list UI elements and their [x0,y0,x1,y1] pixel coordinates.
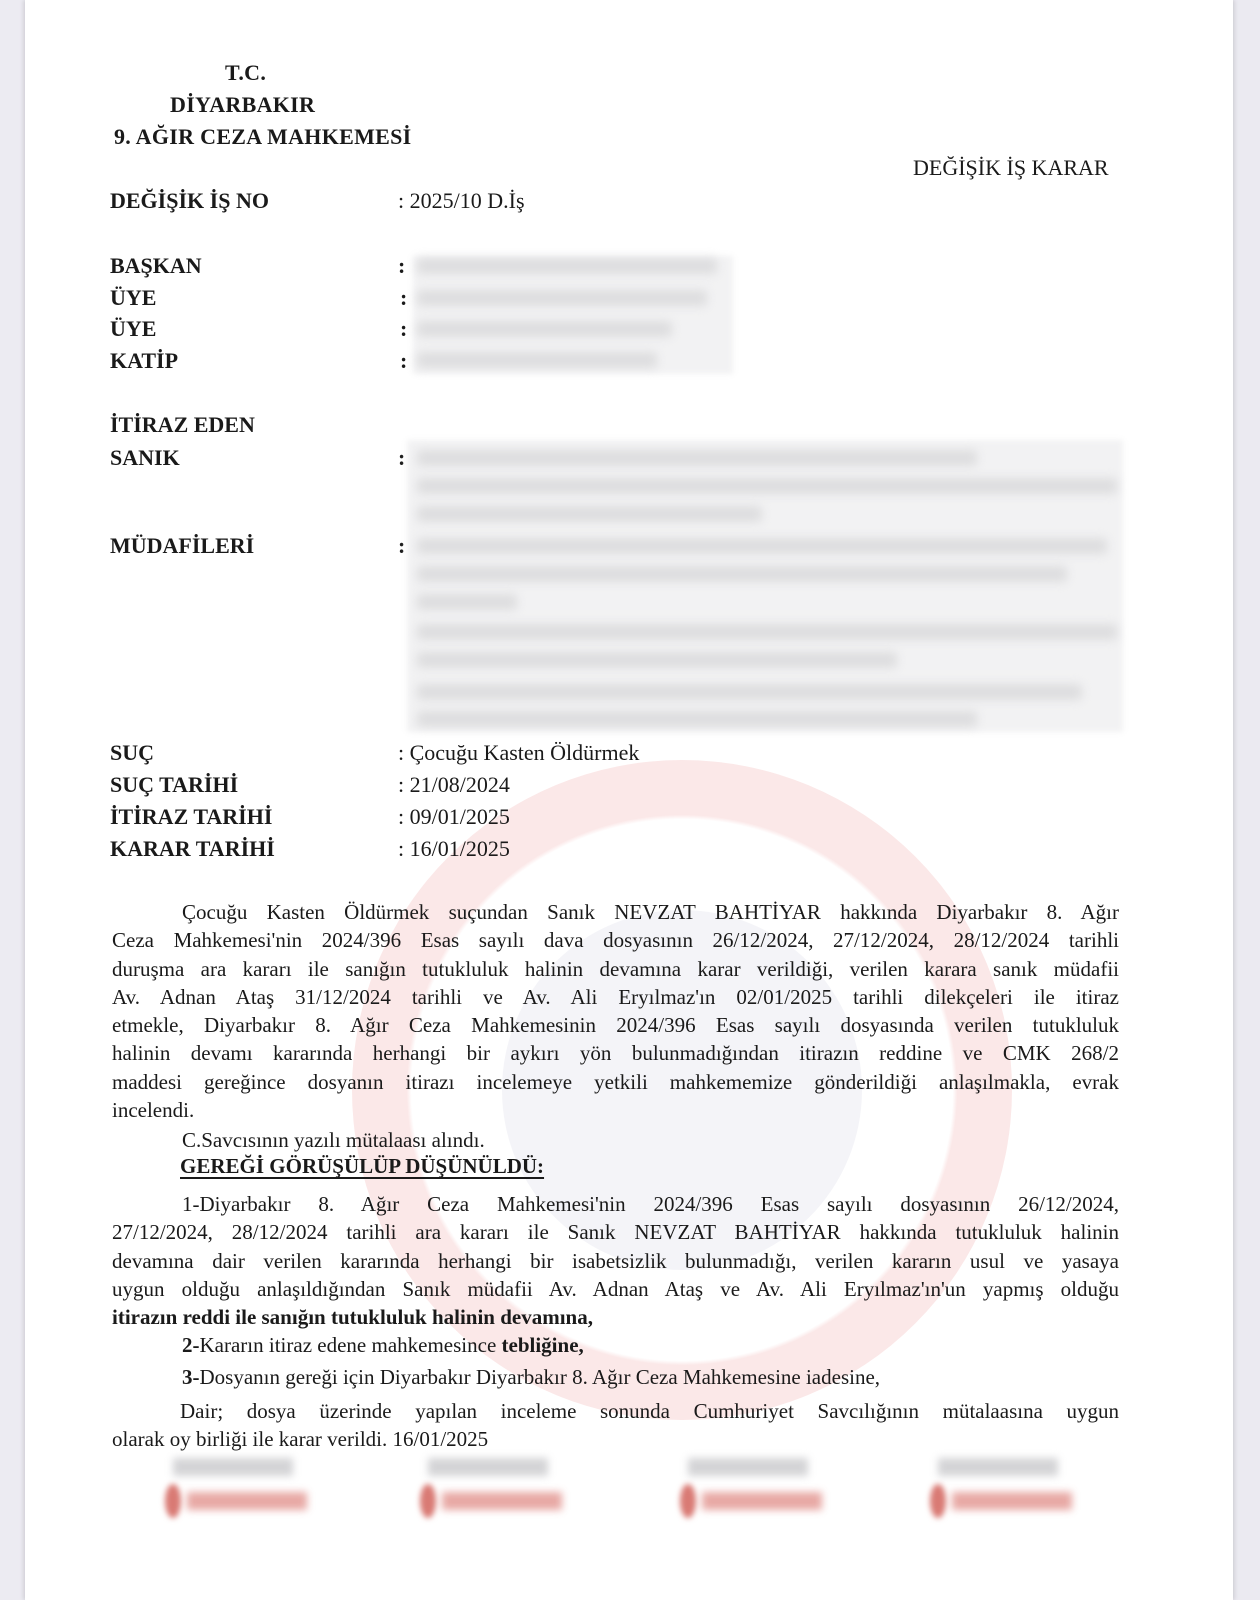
defendant-label: SANIK [110,445,180,471]
decision-item-3: 3-Dosyanın gereği için Diyarbakır Diyarb… [182,1365,880,1390]
redacted-lawyer1-line-1 [417,538,1107,554]
paragraph-prosecutor: C.Savcısının yazılı mütalaası alındı. [112,1126,1119,1154]
panel-chair-label: BAŞKAN [110,253,202,279]
panel-member2-colon: : [400,316,407,342]
document-type: DEĞİŞİK İŞ KARAR [913,155,1109,181]
redacted-defendant-line-1 [417,450,977,466]
redacted-signature-name [688,1458,808,1476]
crime-date-value: : 21/08/2024 [398,772,510,798]
summary-line: Av. Adnan Ataş 31/12/2024 tarihli ve Av.… [112,983,1119,1011]
redacted-member2-name [417,321,672,337]
panel-member1-colon: : [400,285,407,311]
decision-item-2: 2-Kararın itiraz edene mahkemesince tebl… [182,1333,584,1358]
summary-line: Çocuğu Kasten Öldürmek suçundan Sanık NE… [112,898,1119,926]
decision-item-1: 1-Diyarbakır 8. Ağır Ceza Mahkemesi'nin … [112,1190,1119,1331]
item2-number: 2- [182,1333,200,1357]
redacted-lawyer2-line-2 [417,652,897,668]
closing-line: Dair; dosya üzerinde yapılan inceleme so… [112,1397,1119,1425]
objection-date-label: İTİRAZ TARİHİ [110,804,272,830]
signature-member-2 [680,1458,830,1518]
item3-number: 3- [182,1365,200,1389]
redacted-lawyer2-line-1 [417,624,1117,640]
redacted-signature-name [173,1458,293,1476]
summary-line: halinin devamı kararında herhangi bir ay… [112,1039,1119,1067]
crime-label: SUÇ [110,740,154,766]
paragraph-summary: Çocuğu Kasten Öldürmek suçundan Sanık NE… [112,898,1119,1124]
redacted-e-signature-stamp [442,1492,562,1510]
redacted-signature-name [428,1458,548,1476]
header-court: 9. AĞIR CEZA MAHKEMESİ [114,124,412,150]
item1-line: uygun olduğu anlaşıldığından Sanık müdaf… [112,1275,1119,1303]
file-no-value: : 2025/10 D.İş [398,188,525,214]
item2-bold: tebliğine, [502,1333,584,1357]
summary-line: etmekle, Diyarbakır 8. Ağır Ceza Mahkeme… [112,1011,1119,1039]
signature-member-1 [420,1458,570,1518]
summary-line: incelendi. [112,1096,1119,1124]
item1-line: 1-Diyarbakır 8. Ağır Ceza Mahkemesi'nin … [112,1190,1119,1218]
redacted-chair-name [417,258,717,274]
panel-member2-label: ÜYE [110,316,156,342]
closing-paragraph: Dair; dosya üzerinde yapılan inceleme so… [112,1397,1119,1454]
defendant-colon: : [398,445,405,471]
e-signature-seal-icon [165,1484,181,1518]
defense-colon: : [398,533,405,559]
e-signature-seal-icon [680,1484,696,1518]
signature-clerk [930,1458,1080,1518]
redacted-e-signature-stamp [187,1492,307,1510]
redacted-signature-name [938,1458,1058,1476]
prosecutor-opinion: C.Savcısının yazılı mütalaası alındı. [112,1126,1119,1154]
closing-line: olarak oy birliği ile karar verildi. 16/… [112,1425,1119,1453]
panel-member1-label: ÜYE [110,285,156,311]
decision-date-value: : 16/01/2025 [398,836,510,862]
objector-label: İTİRAZ EDEN [110,412,255,438]
panel-chair-colon: : [398,253,405,279]
redacted-e-signature-stamp [952,1492,1072,1510]
summary-line: maddesi gereğince dosyanın itirazı incel… [112,1068,1119,1096]
redacted-clerk-name [417,352,657,368]
viewer-background-right [1233,0,1260,1600]
decision-date-label: KARAR TARİHİ [110,836,275,862]
header-tc: T.C. [225,60,266,86]
redacted-lawyer3-line-2 [417,711,977,727]
redacted-e-signature-stamp [702,1492,822,1510]
item2-text: Kararın itiraz edene mahkemesince [200,1333,502,1357]
item3-text: Dosyanın gereği için Diyarbakır Diyarbak… [200,1365,881,1389]
item1-ruling: itirazın reddi ile sanığın tutukluluk ha… [112,1303,1119,1331]
e-signature-seal-icon [420,1484,436,1518]
redacted-member1-name [417,290,707,306]
redacted-defendant-line-3 [417,506,762,522]
redacted-lawyer3-line-1 [417,684,1082,700]
redacted-lawyer1-line-2 [417,566,1067,582]
crime-value: : Çocuğu Kasten Öldürmek [398,740,639,766]
defense-label: MÜDAFİLERİ [110,533,254,559]
summary-line: duruşma ara kararı ile sanığın tutuklulu… [112,955,1119,983]
item1-line: devamına dair verilen kararında herhangi… [112,1247,1119,1275]
file-no-label: DEĞİŞİK İŞ NO [110,188,269,214]
header-city: DİYARBAKIR [170,92,315,118]
item1-line: 27/12/2024, 28/12/2024 tarihli ara karar… [112,1218,1119,1246]
crime-date-label: SUÇ TARİHİ [110,772,238,798]
objection-date-value: : 09/01/2025 [398,804,510,830]
panel-clerk-label: KATİP [110,348,178,374]
redacted-lawyer1-line-3 [417,594,517,610]
redacted-defendant-line-2 [417,478,1117,494]
e-signature-seal-icon [930,1484,946,1518]
signature-chair [165,1458,315,1518]
document-page: T.C. DİYARBAKIR 9. AĞIR CEZA MAHKEMESİ D… [25,0,1233,1600]
decision-heading: GEREĞİ GÖRÜŞÜLÜP DÜŞÜNÜLDÜ: [180,1154,544,1179]
panel-clerk-colon: : [400,348,407,374]
summary-line: Ceza Mahkemesi'nin 2024/396 Esas sayılı … [112,926,1119,954]
